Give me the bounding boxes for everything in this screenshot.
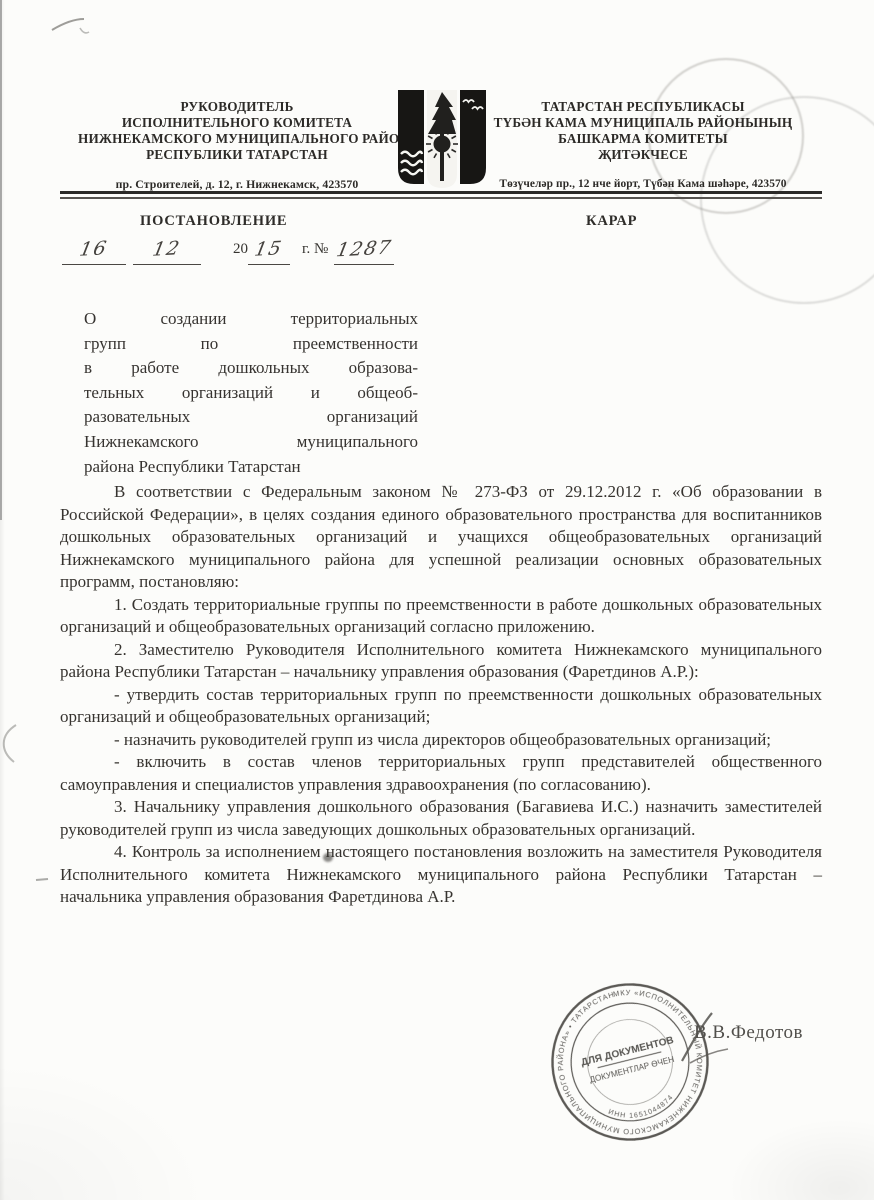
handwritten-year: 15: [253, 237, 285, 260]
org-name-line: ИСПОЛНИТЕЛЬНОГО КОМИТЕТА: [78, 115, 396, 131]
subject-line: разовательных организаций: [84, 405, 418, 430]
issuer-block-russian: РУКОВОДИТЕЛЬ ИСПОЛНИТЕЛЬНОГО КОМИТЕТА НИ…: [78, 99, 396, 192]
handwritten-day: 16: [78, 237, 110, 260]
margin-dash-mark: [34, 876, 52, 884]
number-field: 1287: [334, 238, 394, 265]
item-2-subitem: - утвердить состав территориальных групп…: [60, 684, 822, 729]
number-label: г. №: [302, 241, 328, 265]
org-name-line: НИЖНЕКАМСКОГО МУНИЦИПАЛЬНОГО РАЙОНА: [78, 131, 396, 147]
item-1-paragraph: 1. Создать территориальные группы по пре…: [60, 594, 822, 639]
subject-line: района Республики Татарстан: [84, 455, 418, 480]
item-2-subitem: - назначить руководителей групп из числа…: [60, 729, 822, 752]
scan-edge-artifact: [0, 0, 2, 520]
item-2-subitem: - включить в состав членов территориальн…: [60, 751, 822, 796]
subject-block: О создании территориальных групп по прее…: [84, 307, 418, 479]
margin-pen-mark: [0, 722, 22, 766]
pen-mark: [46, 12, 110, 46]
decree-body: В соответствии с Федеральным законом № 2…: [60, 481, 822, 909]
org-name-line: РУКОВОДИТЕЛЬ: [78, 99, 396, 115]
doc-type-tatar: КАРАР: [586, 213, 637, 230]
day-field: 16: [62, 238, 126, 265]
org-address: Төзүчеләр пр., 12 нче йорт, Түбән Кама ш…: [482, 176, 804, 192]
scanned-document-page: РУКОВОДИТЕЛЬ ИСПОЛНИТЕЛЬНОГО КОМИТЕТА НИ…: [0, 0, 874, 1200]
year-prefix: 20: [233, 241, 248, 265]
signer-name: В.В.Федотов: [694, 1022, 803, 1044]
org-address: пр. Строителей, д. 12, г. Нижнекамск, 42…: [78, 176, 396, 192]
date-number-line: 16122015г. №1287: [62, 238, 394, 270]
subject-line: в работе дошкольных образова-: [84, 356, 418, 381]
handwritten-number: 1287: [335, 237, 394, 262]
org-name-line: ҖИТӘКЧЕСЕ: [482, 147, 804, 163]
item-2-paragraph: 2. Заместителю Руководителя Исполнительн…: [60, 639, 822, 684]
org-name-line: ТҮБӘН КАМА МУНИЦИПАЛЬ РАЙОНЫНЫҢ: [482, 115, 804, 131]
org-name-line: РЕСПУБЛИКИ ТАТАРСТАН: [78, 147, 396, 163]
preamble-paragraph: В соответствии с Федеральным законом № 2…: [60, 481, 822, 594]
item-4-paragraph: 4. Контроль за исполнением настоящего по…: [60, 841, 822, 909]
org-name-line: ТАТАРСТАН РЕСПУБЛИКАСЫ: [482, 99, 804, 115]
year-field: 15: [248, 238, 290, 265]
item-3-paragraph: 3. Начальнику управления дошкольного обр…: [60, 796, 822, 841]
header-divider-rule: [60, 191, 822, 199]
doc-type-russian: ПОСТАНОВЛЕНИЕ: [140, 213, 287, 230]
subject-line: групп по преемственности: [84, 332, 418, 357]
subject-line: О создании территориальных: [84, 307, 418, 332]
month-field: 12: [133, 238, 201, 265]
subject-line: тельных организаций и общеоб-: [84, 381, 418, 406]
org-name-line: БАШКАРМА КОМИТЕТЫ: [482, 131, 804, 147]
subject-line: Нижнекамского муниципального: [84, 430, 418, 455]
issuer-block-tatar: ТАТАРСТАН РЕСПУБЛИКАСЫ ТҮБӘН КАМА МУНИЦИ…: [482, 99, 804, 192]
coat-of-arms-nizhnekamsk: [396, 88, 488, 190]
handwritten-month: 12: [151, 237, 183, 260]
ink-smudge: [323, 853, 333, 862]
